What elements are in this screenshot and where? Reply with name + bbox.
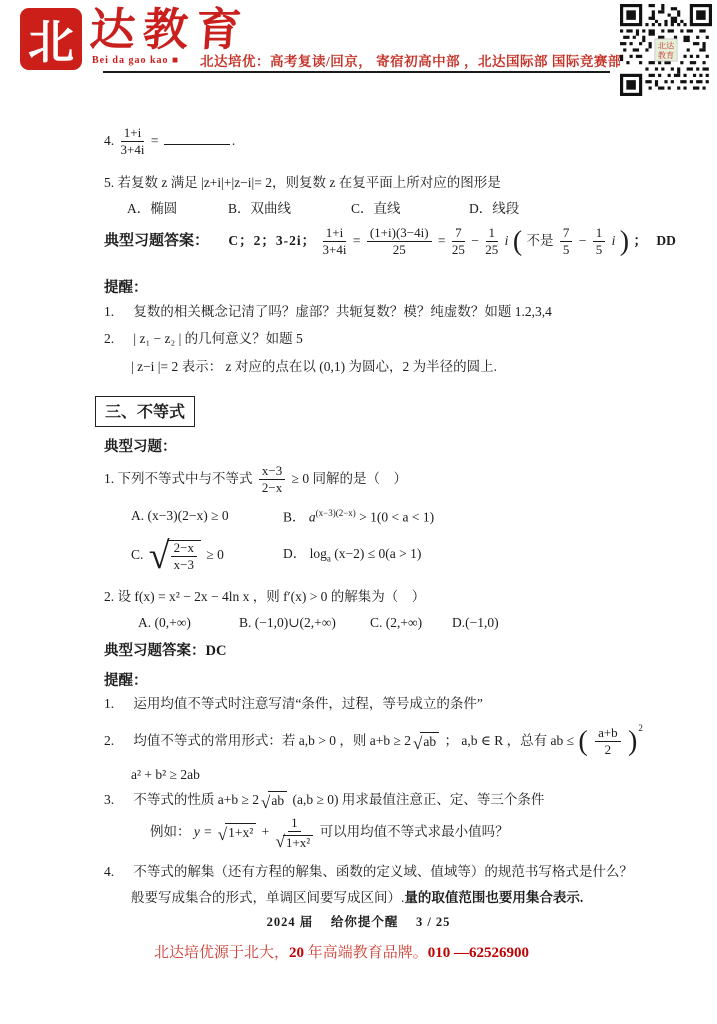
equals-sign: = bbox=[353, 233, 361, 248]
item-text: 不等式的性质 a+b ≥ 2 bbox=[133, 792, 259, 807]
ineq-example-line: 例如： y = √1+x² + 1 √1+x² 可以用均值不等式求最小值吗？ bbox=[150, 816, 509, 850]
q1-pre: 下列不等式中与不等式 bbox=[118, 471, 253, 486]
option-a: A. (0,+∞) bbox=[138, 614, 191, 633]
section-title-box: 三、不等式 bbox=[95, 396, 195, 427]
question-5: 5. 若复数 z 满足 |z+i|+|z−i|= 2，则复数 z 在复平面上所对… bbox=[104, 174, 501, 193]
reminder-item-2b: | z−i |= 2 表示： z 对应的点在以 (0,1) 为圆心，2 为半径的… bbox=[131, 358, 497, 377]
item-text: (a,b ≥ 0) 用求最值注意正、定、等三个条件 bbox=[292, 792, 544, 807]
sqrt-expression: √ 2−x x−3 bbox=[149, 537, 201, 575]
q4-number: 4. bbox=[104, 133, 114, 148]
section-title: 三、不等式 bbox=[95, 396, 195, 427]
exponent: 2 bbox=[638, 723, 643, 733]
item-text: | z₁ − z₂ | 的几何意义？如题 5 bbox=[133, 331, 302, 346]
answer-fraction-5: 7 5 bbox=[560, 226, 573, 258]
complex-answers-line: 典型习题答案： C；2；3-2i； 1+i 3+4i = (1+i)(3−4i)… bbox=[104, 226, 676, 258]
option-formula: ≥ 0 bbox=[206, 547, 224, 562]
ineq-question-2: 2. 设 f(x) = x² − 2x − 4ln x ，则 f′(x) > 0… bbox=[104, 588, 425, 607]
item-number: 4. bbox=[104, 863, 130, 882]
answer-fraction-3: 7 25 bbox=[452, 226, 465, 258]
page-footer: 2024 届 给你提个醒 3 / 25 bbox=[0, 912, 717, 930]
option-a: A．椭圆 bbox=[127, 200, 177, 219]
footer-brand-line: 北达培优源于北大，20 年高端教育品牌。010 —62526900 bbox=[154, 941, 529, 962]
footer-years: 20 bbox=[289, 945, 304, 961]
ineq-answers: 典型习题答案：DC bbox=[104, 641, 226, 661]
plus-sign: + bbox=[262, 824, 270, 839]
option-c: C．直线 bbox=[351, 200, 401, 219]
item-number: 1. bbox=[104, 303, 130, 322]
logo-seal-character: 北 bbox=[28, 6, 74, 72]
option-label: B． bbox=[283, 510, 306, 525]
option-label: D． bbox=[283, 546, 306, 561]
answer-fraction-4: 1 25 bbox=[485, 226, 498, 258]
item-number: 2. bbox=[104, 330, 130, 349]
answer-fraction-6: 1 5 bbox=[593, 226, 606, 258]
q1-number: 1. bbox=[104, 471, 114, 486]
ineq-reminder-1: 1. 运用均值不等式时注意写清“条件，过程，等号成立的条件” bbox=[104, 695, 483, 714]
item-text: 均值不等式的常用形式：若 a,b > 0 ，则 a+b ≥ 2 bbox=[133, 733, 411, 748]
radicand: 1+x² bbox=[225, 823, 256, 843]
fraction-denominator: √1+x² bbox=[276, 832, 314, 850]
minus-sign: − bbox=[579, 233, 587, 248]
ineq-reminder-2: 2. 均值不等式的常用形式：若 a,b > 0 ，则 a+b ≥ 2√ab ； … bbox=[104, 722, 643, 758]
option-formula: > 1(0 < a < 1) bbox=[359, 510, 434, 525]
option-b: B. (−1,0)∪(2,+∞) bbox=[239, 614, 336, 633]
r2-fraction: a+b 2 bbox=[595, 726, 621, 758]
qr-center-label-line1: 北达 bbox=[658, 40, 675, 50]
footer-text: 年高端教育品牌。 bbox=[304, 945, 428, 961]
option-c: C. √ 2−x x−3 ≥ 0 bbox=[131, 537, 224, 575]
radicand: ab bbox=[268, 791, 287, 811]
answer-fraction-2: (1+i)(3−4i) 25 bbox=[367, 226, 432, 258]
q4-fraction: 1+i 3+4i bbox=[121, 126, 145, 158]
item-text: 不等式的解集（还有方程的解集、函数的定义域、值域等）的规范书写格式是什么？ bbox=[133, 864, 633, 879]
item-number: 1. bbox=[104, 695, 130, 714]
qr-center-label-line2: 教育 bbox=[658, 50, 674, 60]
option-d: D．线段 bbox=[469, 200, 519, 219]
reminder-title-2: 提醒： bbox=[104, 671, 148, 691]
right-paren: ) bbox=[627, 726, 638, 757]
ineq-reminder-3: 3. 不等式的性质 a+b ≥ 2√ab (a,b ≥ 0) 用求最值注意正、定… bbox=[104, 791, 544, 811]
option-label: A. bbox=[131, 508, 144, 523]
imaginary-unit: i bbox=[612, 233, 616, 248]
left-paren: ( bbox=[577, 726, 588, 757]
answers-label: 典型习题答案： bbox=[104, 233, 209, 249]
footer-phone: 010 —62526900 bbox=[428, 945, 529, 961]
reminder-item-2: 2. | z₁ − z₂ | 的几何意义？如题 5 bbox=[104, 330, 303, 349]
example-eq: y = bbox=[194, 824, 212, 839]
answers-head: C；2；3-2i； bbox=[228, 233, 316, 248]
ineq-question-1: 1. 下列不等式中与不等式 x−3 2−x ≥ 0 同解的是（ ） bbox=[104, 464, 407, 496]
logo-wordmark: 达教育 bbox=[88, 8, 250, 53]
ineq-reminder-4b: 般要写成集合的形式，单调区间要写成区间）.量的取值范围也要用集合表示. bbox=[131, 889, 583, 908]
exponent-base: a bbox=[309, 510, 316, 525]
c-fraction: 2−x x−3 bbox=[171, 541, 197, 573]
item-text: 运用均值不等式时注意写清“条件，过程，等号成立的条件” bbox=[133, 696, 482, 711]
option-b: B． a(x−3)(2−x) > 1(0 < a < 1) bbox=[283, 507, 434, 527]
imaginary-unit: i bbox=[505, 233, 509, 248]
equals-sign: = bbox=[438, 233, 446, 248]
option-d: D． loga (x−2) ≤ 0(a > 1) bbox=[283, 545, 421, 565]
option-formula: (x−3)(2−x) ≥ 0 bbox=[148, 508, 229, 523]
sqrt-expression: √ab bbox=[261, 791, 287, 811]
q4-period: . bbox=[232, 133, 235, 148]
reminder-title: 提醒： bbox=[104, 278, 148, 298]
example-question: 可以用均值不等式求最小值吗？ bbox=[320, 824, 509, 839]
sqrt-expression: √1+x² bbox=[276, 833, 314, 850]
q4-equals: = bbox=[151, 133, 159, 148]
ineq-reminder-2b: a² + b² ≥ 2ab bbox=[131, 766, 200, 785]
semicolon: ； bbox=[633, 233, 647, 248]
sqrt-expression: √1+x² bbox=[218, 823, 257, 843]
item-text: 般要写成集合的形式，单调区间要写成区间）. bbox=[131, 890, 404, 905]
radicand: 2−x x−3 bbox=[167, 540, 201, 573]
radicand: ab bbox=[420, 732, 439, 752]
answer-fraction-1: 1+i 3+4i bbox=[323, 226, 347, 258]
header-rule bbox=[103, 71, 610, 73]
logo-seal: 北 bbox=[20, 8, 82, 70]
q1-fraction: x−3 2−x bbox=[259, 464, 285, 496]
answer-dd: DD bbox=[656, 233, 676, 248]
option-formula: (x−2) ≤ 0(a > 1) bbox=[334, 546, 421, 561]
document-page: 北 达教育 Bei da gao kao ■ 北达培优：高考复读/回京， 寄宿初… bbox=[0, 0, 717, 1024]
item-text: ； a,b ∈ R ，总有 ab ≤ bbox=[444, 733, 574, 748]
log-base: a bbox=[327, 554, 331, 564]
answer-note: 不是 bbox=[527, 233, 554, 248]
ineq-reminder-4: 4. 不等式的解集（还有方程的解集、函数的定义域、值域等）的规范书写格式是什么？ bbox=[104, 863, 633, 882]
option-label: C. bbox=[131, 547, 143, 562]
item-number: 3. bbox=[104, 791, 130, 810]
example-fraction: 1 √1+x² bbox=[276, 816, 314, 850]
reminder-item-1: 1. 复数的相关概念记清了吗？虚部？共轭复数？模？纯虚数？如题 1.2,3,4 bbox=[104, 303, 552, 322]
log-function: log bbox=[310, 546, 327, 561]
option-b: B．双曲线 bbox=[228, 200, 291, 219]
minus-sign: − bbox=[471, 233, 479, 248]
item-number: 2. bbox=[104, 732, 130, 751]
item-text-bold: 量的取值范围也要用集合表示. bbox=[404, 890, 583, 905]
example-label: 例如： bbox=[150, 824, 191, 839]
question-4: 4. 1+i 3+4i = . bbox=[104, 126, 235, 158]
exponent: (x−3)(2−x) bbox=[316, 508, 356, 518]
header-tagline: 北达培优：高考复读/回京， 寄宿初高中部 ，北达国际部 国际竞赛部 bbox=[200, 50, 622, 70]
exercises-subtitle: 典型习题： bbox=[104, 437, 177, 457]
left-paren: ( bbox=[512, 226, 523, 257]
qr-code: 北达 教育 bbox=[620, 4, 712, 101]
footer-text: 北达培优源于北大， bbox=[154, 945, 289, 961]
right-paren: ) bbox=[619, 226, 630, 257]
option-c: C. (2,+∞) bbox=[370, 614, 422, 633]
qr-code-graphic: 北达 教育 bbox=[620, 4, 712, 96]
q1-post: ≥ 0 同解的是（ ） bbox=[292, 471, 407, 486]
item-text: 复数的相关概念记清了吗？虚部？共轭复数？模？纯虚数？如题 1.2,3,4 bbox=[133, 304, 552, 319]
sqrt-expression: √ab bbox=[413, 732, 439, 752]
option-a: A. (x−3)(2−x) ≥ 0 bbox=[131, 507, 229, 526]
answer-blank bbox=[164, 130, 230, 145]
logo-subtitle: Bei da gao kao ■ bbox=[92, 55, 179, 66]
radicand: 1+x² bbox=[283, 835, 313, 850]
option-d: D.(−1,0) bbox=[452, 614, 499, 633]
